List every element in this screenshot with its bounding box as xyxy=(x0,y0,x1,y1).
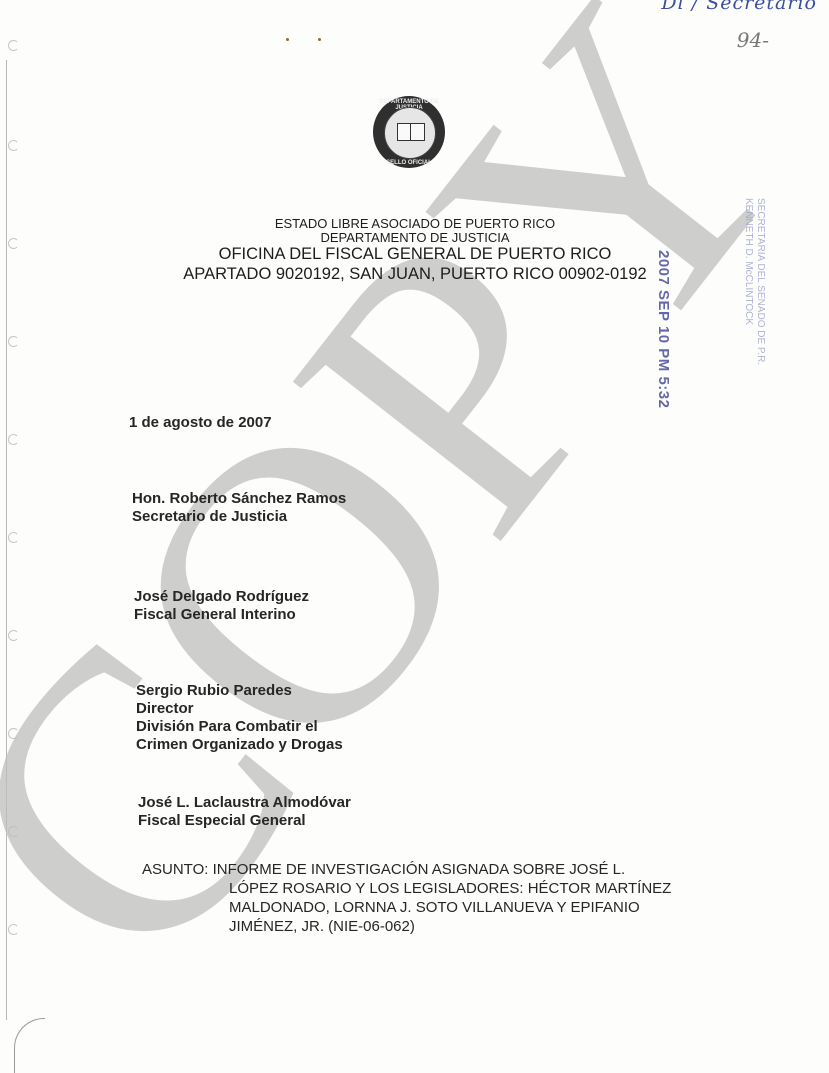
recipient-name: Sergio Rubio Paredes xyxy=(136,682,343,700)
recipient-title: Fiscal General Interino xyxy=(134,606,309,624)
handwritten-number: 94- xyxy=(737,28,769,52)
recipient-title: Secretario de Justicia xyxy=(132,508,346,526)
binder-hole-mark xyxy=(8,826,19,837)
subject-line: MALDONADO, LORNNA J. SOTO VILLANUEVA Y E… xyxy=(142,898,742,917)
page-edge-curl xyxy=(14,1018,45,1073)
recipient-block: Sergio Rubio Paredes Director División P… xyxy=(136,682,343,754)
letterhead: ESTADO LIBRE ASOCIADO DE PUERTO RICO DEP… xyxy=(170,216,660,284)
recipient-block: José L. Laclaustra Almodóvar Fiscal Espe… xyxy=(138,794,351,830)
senate-stamp-line: KENNETH D. McCLINTOCK xyxy=(742,198,754,365)
binder-hole-mark xyxy=(8,434,19,445)
received-date-stamp: 2007 SEP 10 PM 5:32 xyxy=(655,250,672,409)
department-seal-icon: DEPARTAMENTO DE JUSTICIA SELLO OFICIAL xyxy=(373,96,445,168)
letterhead-department: DEPARTAMENTO DE JUSTICIA xyxy=(170,231,660,245)
recipient-title: Fiscal Especial General xyxy=(138,812,351,830)
letterhead-office: OFICINA DEL FISCAL GENERAL DE PUERTO RIC… xyxy=(170,245,660,264)
binder-hole-mark xyxy=(8,728,19,739)
binder-hole-mark xyxy=(8,630,19,641)
senate-stamp-line: SECRETARIA DEL SENADO DE P.R. xyxy=(754,198,766,365)
recipient-division: División Para Combatir el xyxy=(136,718,343,736)
letterhead-government: ESTADO LIBRE ASOCIADO DE PUERTO RICO xyxy=(170,216,660,231)
senate-stamp: SECRETARIA DEL SENADO DE P.R. KENNETH D.… xyxy=(742,198,766,365)
subject-label: ASUNTO: xyxy=(142,861,208,878)
recipient-title: Director xyxy=(136,700,343,718)
letter-date: 1 de agosto de 2007 xyxy=(129,414,272,432)
open-book-icon xyxy=(397,123,425,141)
subject-line: LÓPEZ ROSARIO Y LOS LEGISLADORES: HÉCTOR… xyxy=(142,879,742,898)
seal-inner xyxy=(384,107,436,159)
page-edge-line xyxy=(6,60,7,1020)
seal-bottom-text: SELLO OFICIAL xyxy=(373,160,445,166)
binder-hole-mark xyxy=(8,238,19,249)
recipient-name: Hon. Roberto Sánchez Ramos xyxy=(132,490,346,508)
recipient-name: José L. Laclaustra Almodóvar xyxy=(138,794,351,812)
binder-hole-mark xyxy=(8,40,19,51)
recipient-name: José Delgado Rodríguez xyxy=(134,588,309,606)
subject-block: ASUNTO: INFORME DE INVESTIGACIÓN ASIGNAD… xyxy=(142,860,742,936)
subject-line: INFORME DE INVESTIGACIÓN ASIGNADA SOBRE … xyxy=(213,861,626,878)
handwritten-note: Dl / Secretario xyxy=(661,0,817,14)
recipient-division: Crimen Organizado y Drogas xyxy=(136,736,343,754)
letterhead-address: APARTADO 9020192, SAN JUAN, PUERTO RICO … xyxy=(170,264,660,284)
binder-hole-mark xyxy=(8,532,19,543)
subject-line: JIMÉNEZ, JR. (NIE-06-062) xyxy=(142,917,742,936)
binder-hole-mark xyxy=(8,140,19,151)
recipient-block: Hon. Roberto Sánchez Ramos Secretario de… xyxy=(132,490,346,526)
scan-speck xyxy=(286,38,289,41)
scan-speck xyxy=(318,38,321,41)
recipient-block: José Delgado Rodríguez Fiscal General In… xyxy=(134,588,309,624)
binder-hole-mark xyxy=(8,924,19,935)
binder-hole-mark xyxy=(8,336,19,347)
